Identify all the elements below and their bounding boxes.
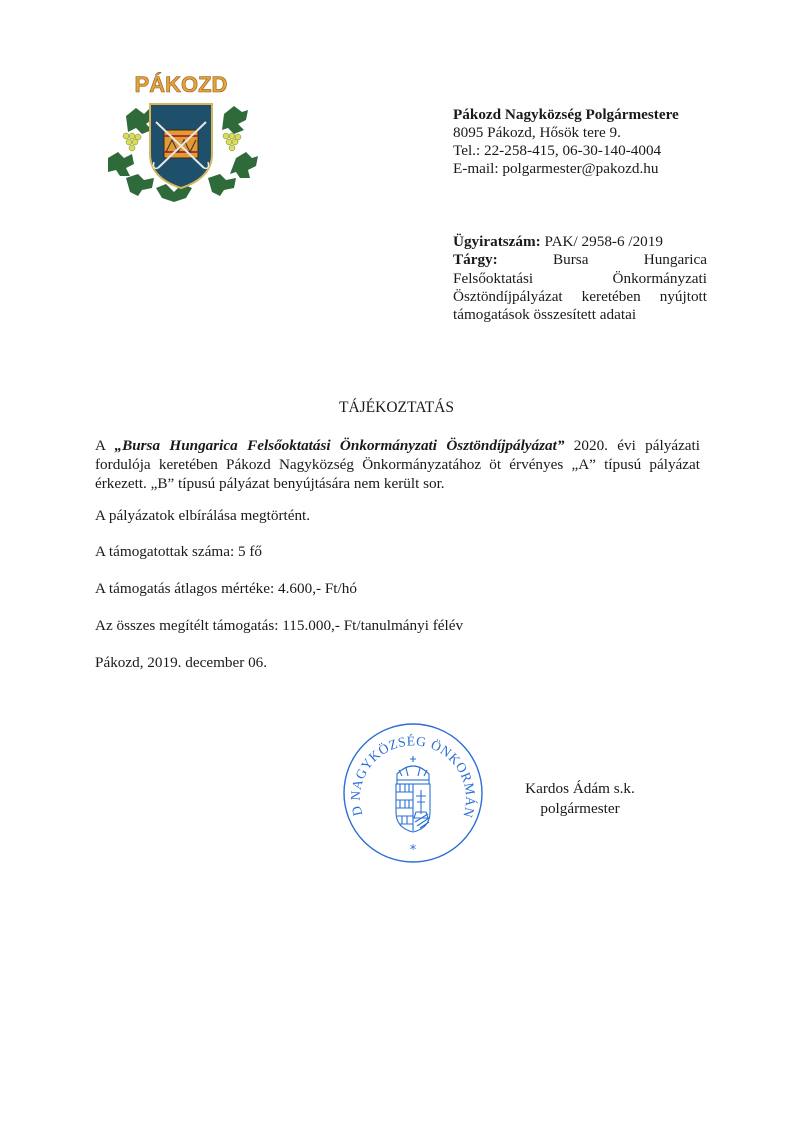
case-number-value: PAK/ 2958-6 /2019 (545, 233, 663, 250)
office-email: E-mail: polgarmester@pakozd.hu (453, 160, 679, 178)
subject-word: Bursa (553, 251, 588, 268)
official-stamp: PÁKOZD NAGYKÖZSÉG ÖNKORMÁNYZATA * (342, 722, 484, 864)
municipal-logo: PÁKOZD (96, 66, 266, 206)
pakozd-coat-of-arms-icon: PÁKOZD (96, 66, 266, 206)
intro-line-2: fordulója keretében Pákozd Nagyközség Ön… (95, 455, 700, 474)
evaluation-statement: A pályázatok elbírálása megtörtént. (95, 507, 310, 525)
program-name: „Bursa Hungarica Felsőoktatási Önkormány… (114, 437, 564, 454)
intro-suffix: 2020. évi pályázati (564, 437, 700, 454)
svg-text:*: * (410, 843, 417, 858)
signer-role: polgármester (505, 799, 655, 819)
intro-paragraph: A „Bursa Hungarica Felsőoktatási Önkormá… (95, 436, 700, 493)
average-support: A támogatás átlagos mértéke: 4.600,- Ft/… (95, 580, 357, 598)
subject-line-4: támogatások összesített adatai (453, 306, 707, 324)
subject-word: Hungarica (644, 251, 707, 268)
signer-name: Kardos Ádám s.k. (505, 779, 655, 799)
subject-label: Tárgy: (453, 251, 498, 268)
intro-prefix: A (95, 437, 114, 454)
reference-block: Ügyiratszám: PAK/ 2958-6 /2019 Tárgy: Bu… (453, 233, 707, 324)
svg-text:PÁKOZD NAGYKÖZSÉG ÖNKORMÁNYZAT: PÁKOZD NAGYKÖZSÉG ÖNKORMÁNYZATA (342, 722, 478, 820)
case-number-label: Ügyiratszám: (453, 233, 541, 250)
subject-line-3: Ösztöndíjpályázat keretében nyújtott (453, 288, 707, 306)
subject-line-2: Felsőoktatási Önkormányzati (453, 270, 707, 288)
office-phone: Tel.: 22-258-415, 06-30-140-4004 (453, 142, 679, 160)
office-name: Pákozd Nagyközség Polgármestere (453, 106, 679, 124)
subject-word: Felsőoktatási (453, 270, 533, 287)
recipients-count: A támogatottak száma: 5 fő (95, 543, 262, 561)
subject-word: Önkormányzati (613, 270, 707, 287)
svg-text:PÁKOZD: PÁKOZD (135, 72, 228, 97)
intro-line-3: érkezett. „B” típusú pályázat benyújtásá… (95, 474, 700, 493)
document-title: TÁJÉKOZTATÁS (0, 399, 793, 417)
intro-line-1: A „Bursa Hungarica Felsőoktatási Önkormá… (95, 436, 700, 455)
subject-line-1: Tárgy: Bursa Hungarica (453, 251, 707, 269)
place-and-date: Pákozd, 2019. december 06. (95, 654, 267, 672)
case-number-line: Ügyiratszám: PAK/ 2958-6 /2019 (453, 233, 707, 251)
letterhead: Pákozd Nagyközség Polgármestere 8095 Pák… (453, 106, 679, 178)
signature-block: Kardos Ádám s.k. polgármester (505, 779, 655, 819)
total-support: Az összes megítélt támogatás: 115.000,- … (95, 617, 463, 635)
office-address: 8095 Pákozd, Hősök tere 9. (453, 124, 679, 142)
hungarian-coat-of-arms-icon (396, 756, 430, 832)
